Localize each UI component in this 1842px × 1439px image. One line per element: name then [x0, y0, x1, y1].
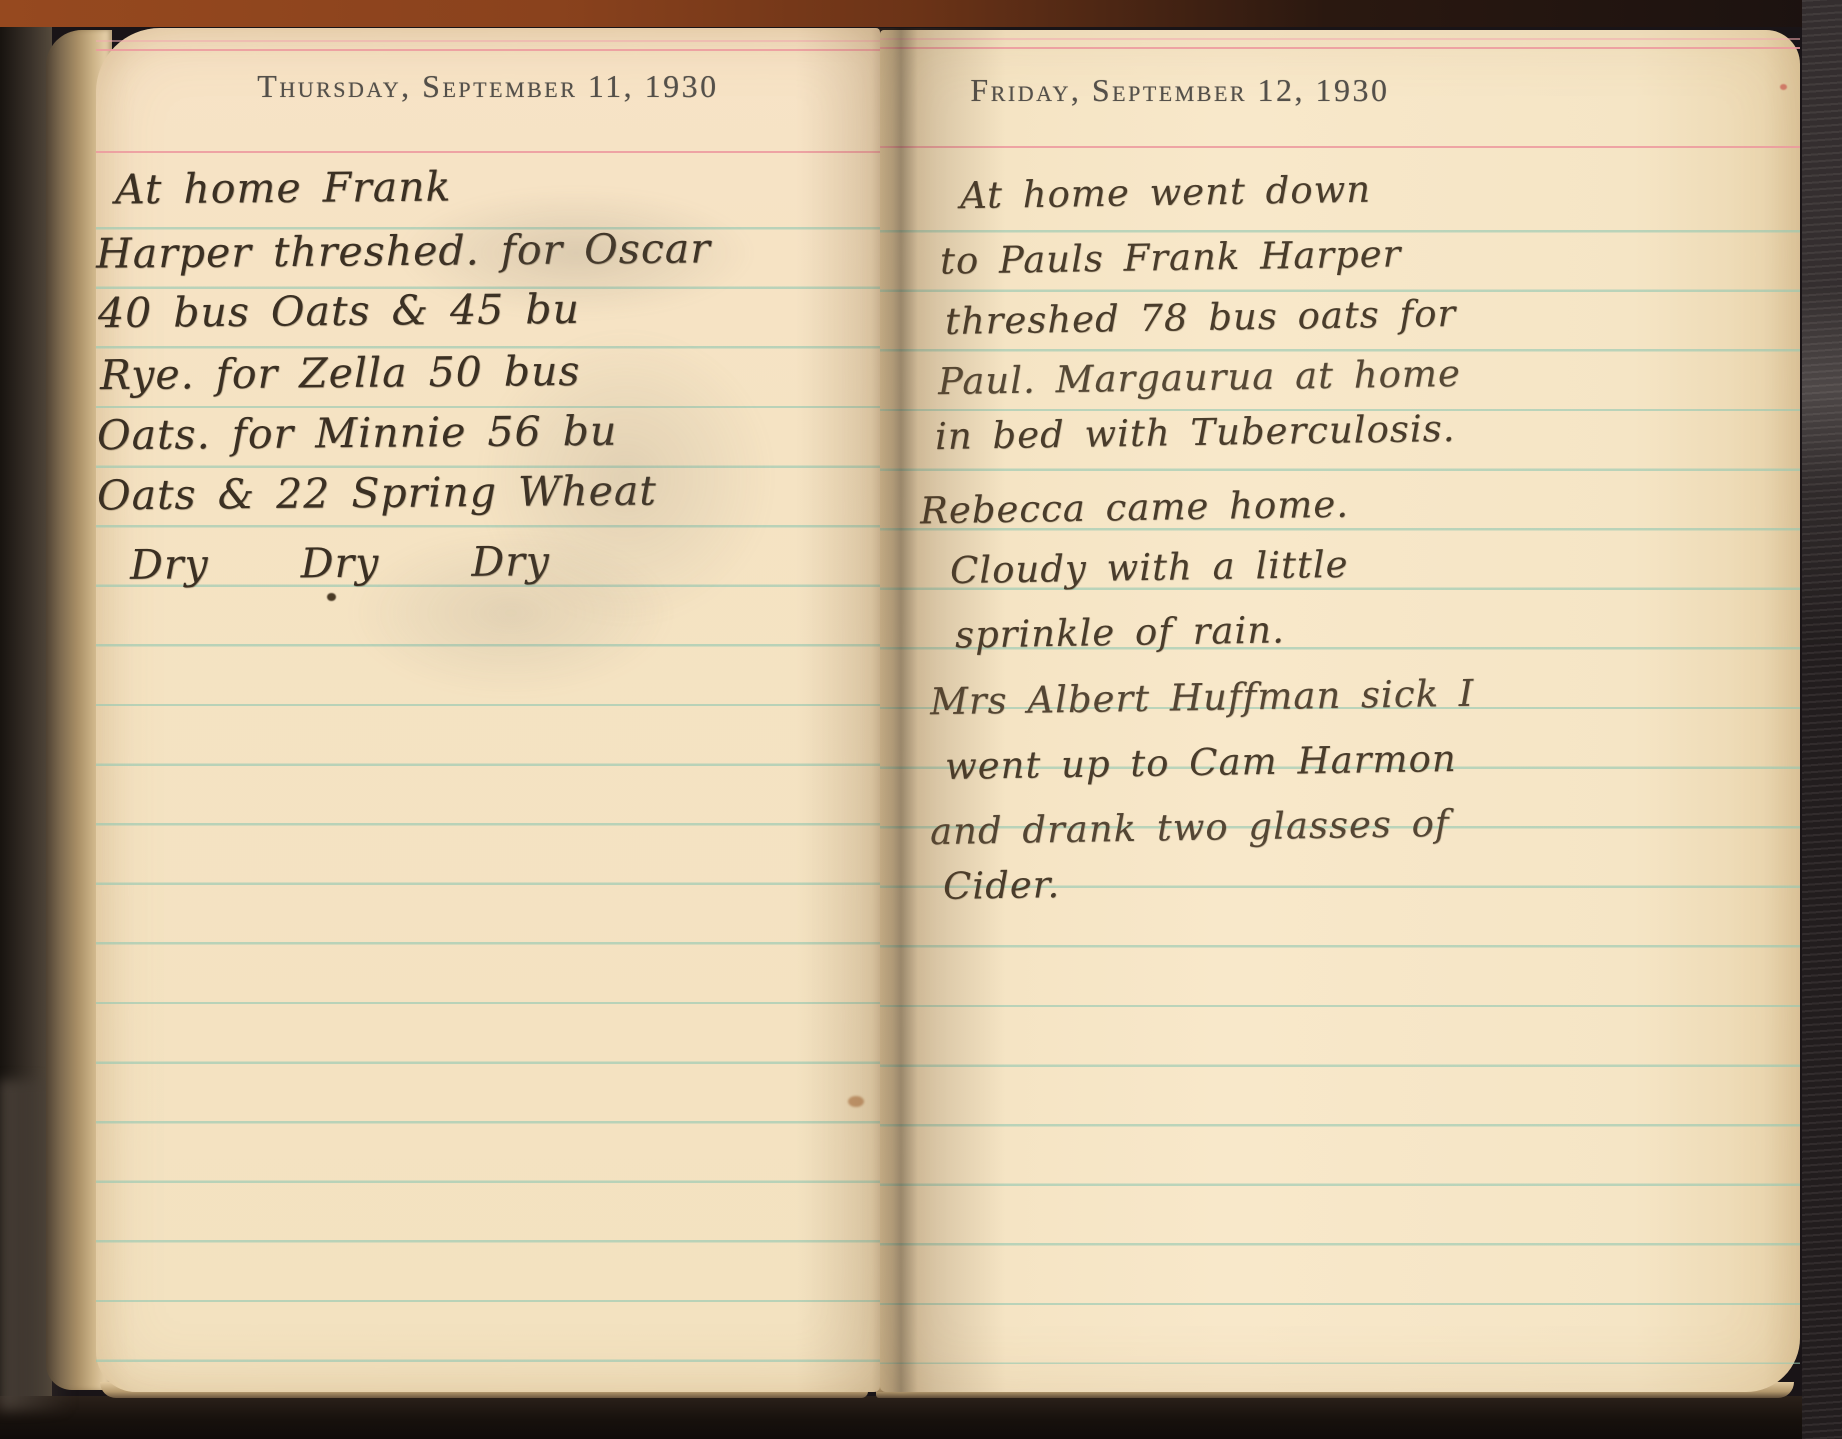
right-page-date-header: Friday, September 12, 1930 — [880, 72, 1480, 109]
diary-photo: Thursday, September 11, 1930 At home Fra… — [0, 0, 1842, 1439]
left-page-date-header: Thursday, September 11, 1930 — [96, 68, 880, 105]
handwritten-line: and drank two glasses of — [930, 802, 1450, 853]
handwritten-line: At home went down — [960, 168, 1372, 217]
handwritten-line: sprinkle of rain. — [955, 608, 1285, 656]
paper-speck — [1780, 84, 1787, 90]
background-right-edge — [1802, 0, 1842, 1439]
pink-rule-line — [880, 38, 1800, 40]
handwritten-line: Mrs Albert Huffman sick I — [930, 672, 1475, 724]
handwritten-line: Paul. Margaurua at home — [938, 352, 1461, 403]
handwritten-line: 40 bus Oats & 45 bu — [98, 285, 580, 337]
handwritten-line: Oats. for Minnie 56 bu — [97, 407, 618, 460]
handwritten-line: Rebecca came home. — [920, 483, 1350, 533]
background-bottom-edge — [0, 1396, 1842, 1439]
pink-rule-line — [880, 47, 1800, 49]
handwritten-line: Dry Dry Dry — [130, 537, 550, 589]
right-page: Friday, September 12, 1930 At home went … — [880, 30, 1800, 1392]
handwritten-line: went up to Cam Harmon — [945, 737, 1457, 788]
pink-rule-line — [96, 151, 880, 153]
handwritten-line: Cloudy with a little — [950, 543, 1349, 592]
handwritten-line: Rye. for Zella 50 bus — [100, 347, 581, 399]
handwritten-line: Cider. — [943, 863, 1061, 908]
left-page: Thursday, September 11, 1930 At home Fra… — [96, 28, 880, 1392]
handwritten-line: Harper threshed. for Oscar — [96, 224, 711, 277]
pink-rule-line — [880, 146, 1800, 148]
pink-rule-line — [96, 40, 880, 42]
handwritten-line: At home Frank — [115, 163, 452, 214]
pink-rule-line — [96, 49, 880, 51]
handwritten-line: threshed 78 bus oats for — [945, 292, 1457, 343]
handwritten-line: in bed with Tuberculosis. — [935, 407, 1456, 458]
handwritten-line: Oats & 22 Spring Wheat — [97, 467, 657, 520]
handwritten-line: to Pauls Frank Harper — [940, 232, 1402, 282]
leather-cover-edge — [0, 0, 1842, 27]
